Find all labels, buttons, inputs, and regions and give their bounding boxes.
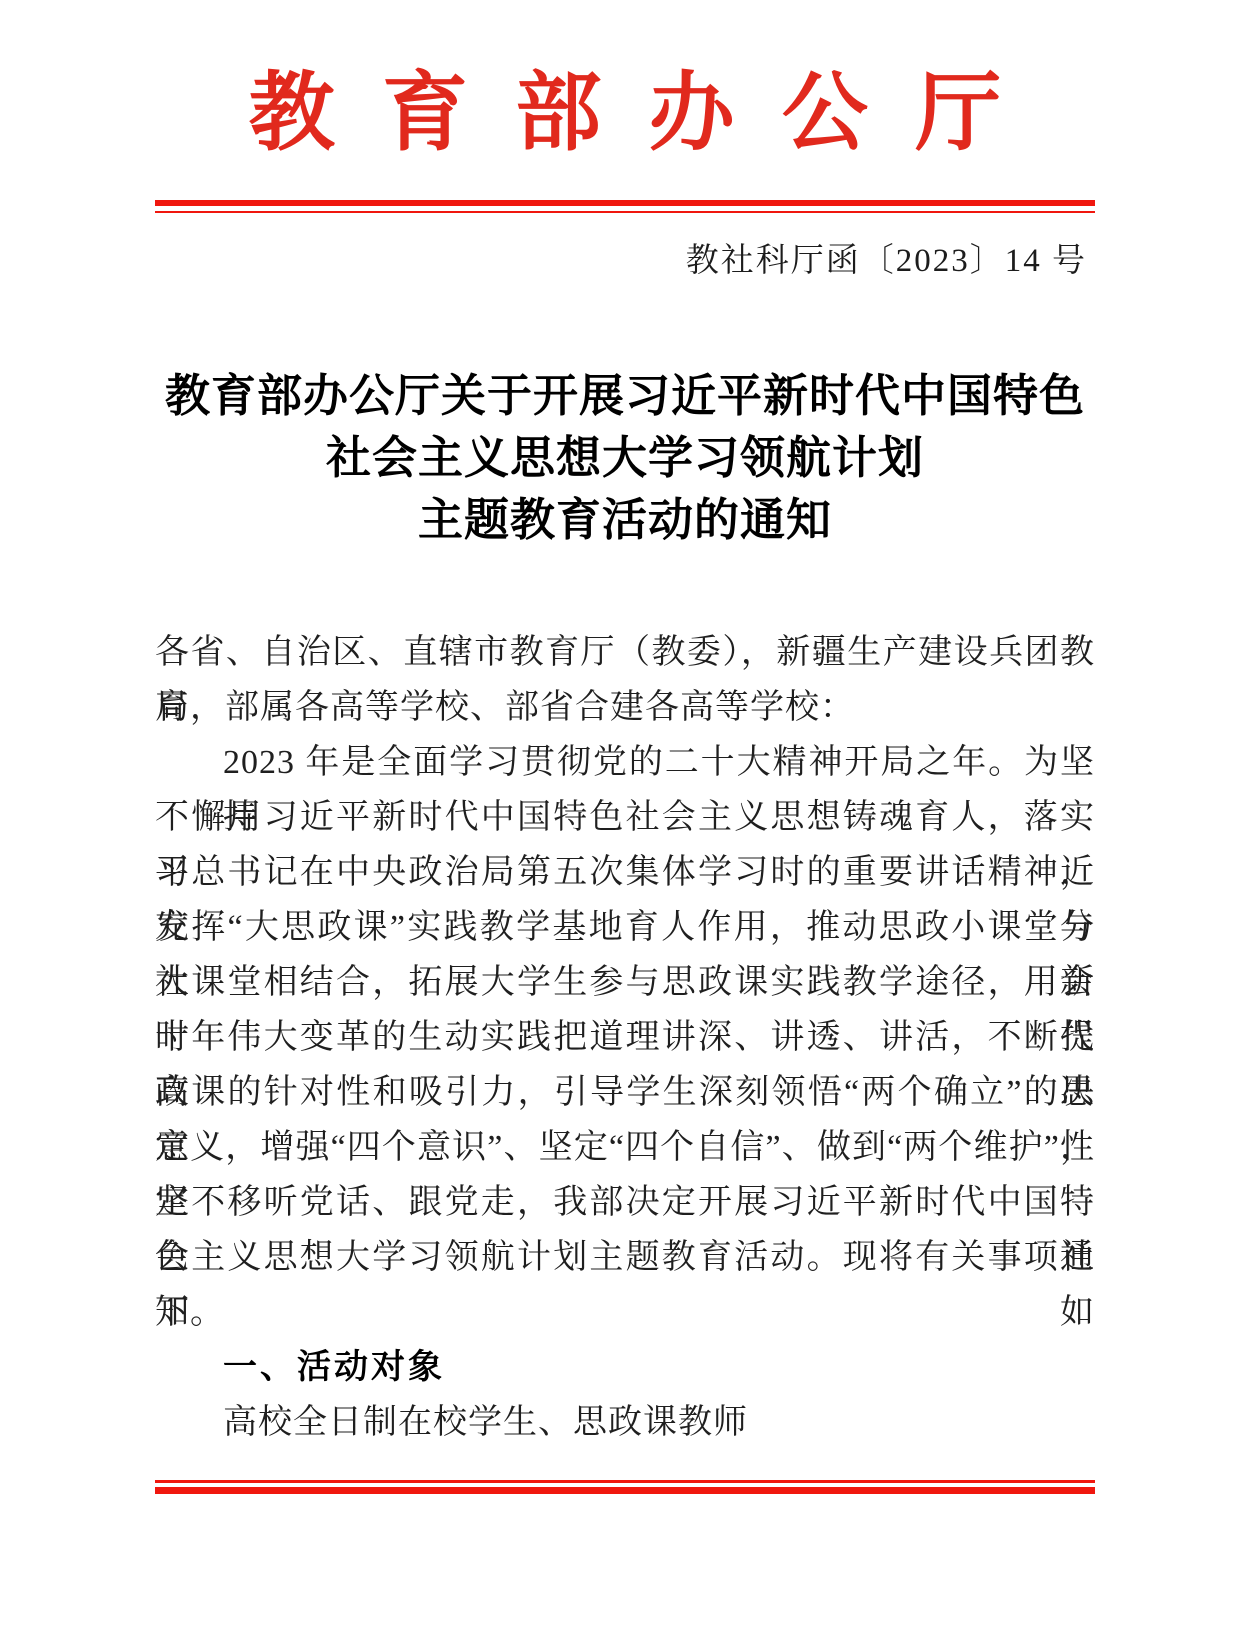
footer-rule-thick: [155, 1487, 1095, 1494]
paragraph-line: 发挥“大思政课”实践教学基地育人作用，推动思政小课堂与社会: [155, 900, 1095, 955]
salutation-line: 各省、自治区、直辖市教育厅（教委），新疆生产建设兵团教育: [155, 625, 1095, 680]
document-body: 各省、自治区、直辖市教育厅（教委），新疆生产建设兵团教育 局，部属各高等学校、部…: [155, 625, 1095, 1450]
paragraph-line: 十年伟大变革的生动实践把道理讲深、讲透、讲活，不断提高思: [155, 1010, 1095, 1065]
paragraph-line: 2023 年是全面学习贯彻党的二十大精神开局之年。为坚持: [155, 735, 1095, 790]
paragraph-line: 定不移听党话、跟党走，我部决定开展习近平新时代中国特色社: [155, 1175, 1095, 1230]
footer-rule-thin: [155, 1480, 1095, 1483]
letterhead-rule-thin: [155, 211, 1095, 213]
paragraph-line: 意义，增强“四个意识”、坚定“四个自信”、做到“两个维护”，坚: [155, 1120, 1095, 1175]
salutation-line: 局，部属各高等学校、部省合建各高等学校：: [155, 680, 1095, 735]
document-title: 教育部办公厅关于开展习近平新时代中国特色 社会主义思想大学习领航计划 主题教育活…: [155, 365, 1095, 551]
section-heading: 一、活动对象: [155, 1340, 1095, 1395]
paragraph-line: 不懈用习近平新时代中国特色社会主义思想铸魂育人，落实习近: [155, 790, 1095, 845]
document-content: 教育部办公厅 教社科厅函〔2023〕14 号 教育部办公厅关于开展习近平新时代中…: [0, 60, 1260, 1494]
paragraph-line: 政课的针对性和吸引力，引导学生深刻领悟“两个确立”的决定性: [155, 1065, 1095, 1120]
document-title-line: 主题教育活动的通知: [155, 489, 1095, 551]
paragraph-line: 平总书记在中央政治局第五次集体学习时的重要讲话精神，充分: [155, 845, 1095, 900]
paragraph-line: 会主义思想大学习领航计划主题教育活动。现将有关事项通知如: [155, 1230, 1095, 1285]
document-number: 教社科厅函〔2023〕14 号: [155, 239, 1095, 283]
document-page: 教育部办公厅 教社科厅函〔2023〕14 号 教育部办公厅关于开展习近平新时代中…: [0, 0, 1260, 1638]
letterhead-rule-thick: [155, 200, 1095, 206]
section-body-line: 高校全日制在校学生、思政课教师: [155, 1395, 1095, 1450]
document-title-line: 社会主义思想大学习领航计划: [155, 427, 1095, 489]
agency-letterhead-title: 教育部办公厅: [155, 60, 1095, 168]
document-title-line: 教育部办公厅关于开展习近平新时代中国特色: [155, 365, 1095, 427]
paragraph-line: 大课堂相结合，拓展大学生参与思政课实践教学途径，用新时代: [155, 955, 1095, 1010]
